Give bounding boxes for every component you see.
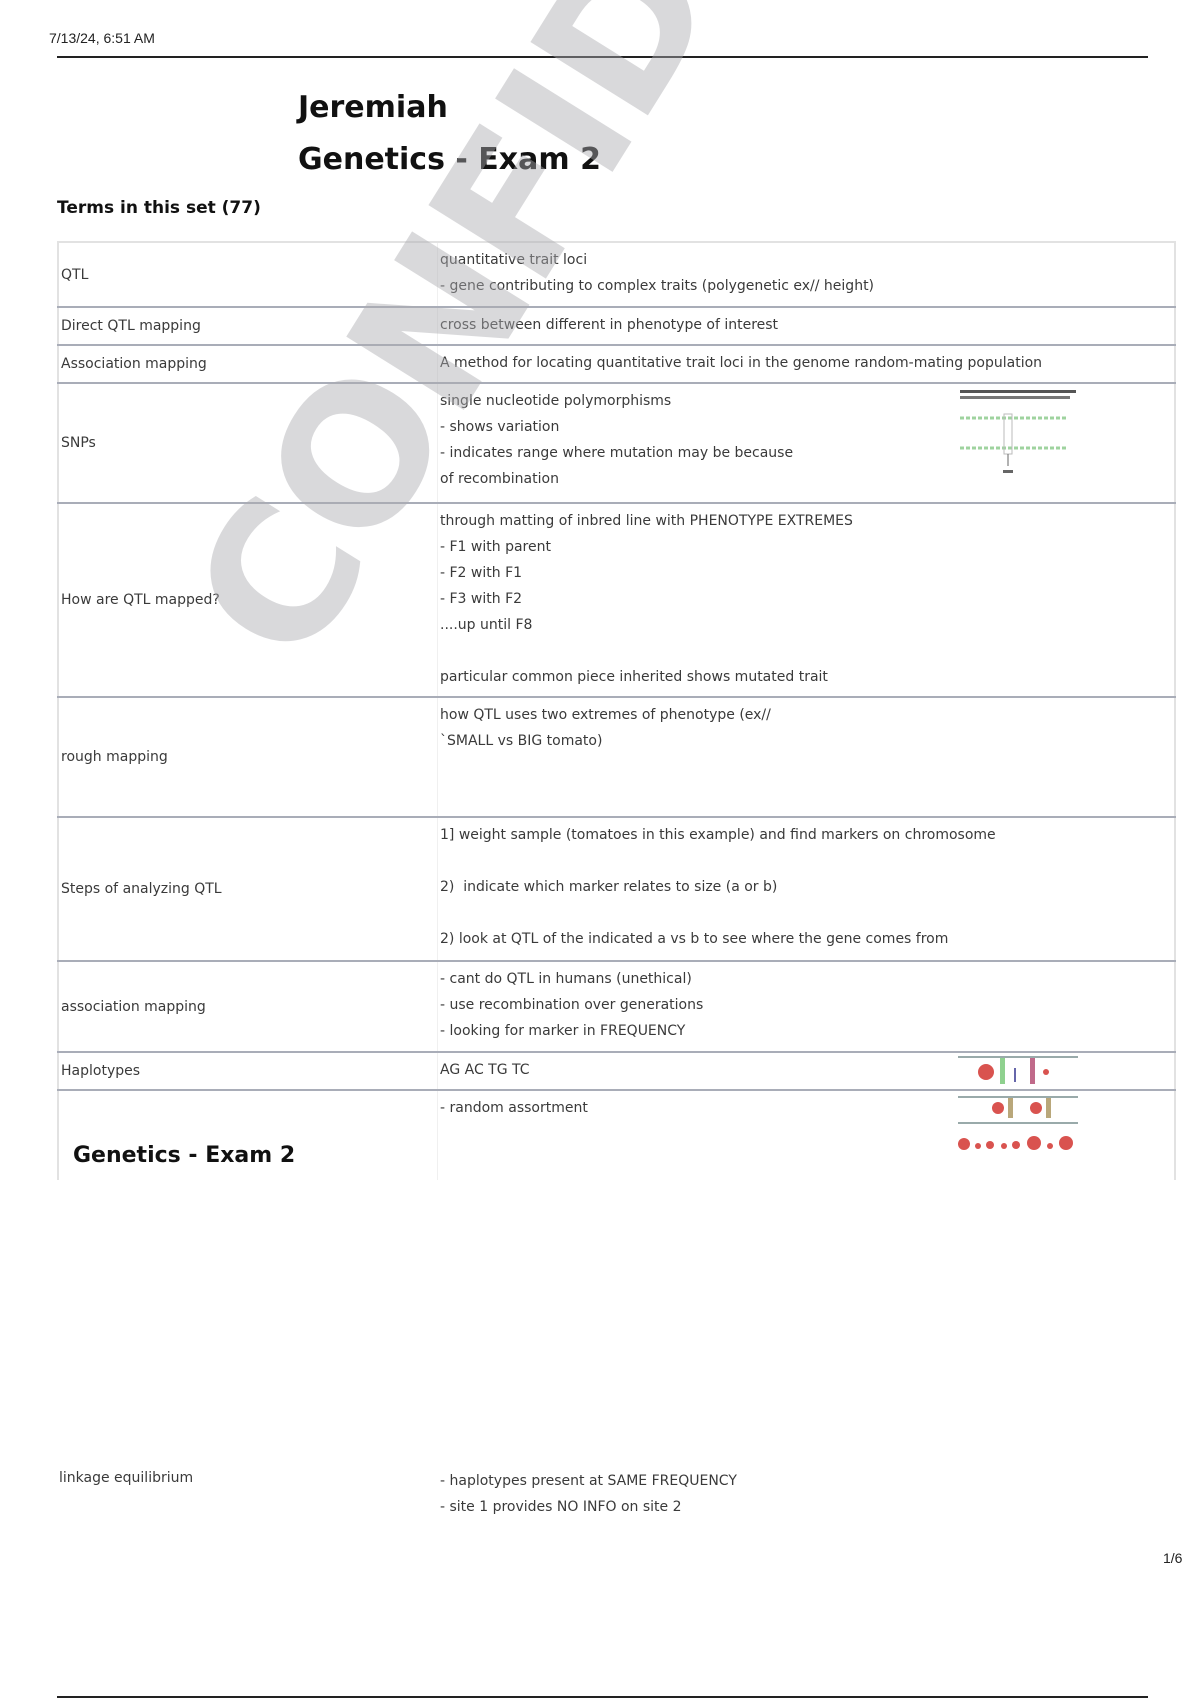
flashcard-row: Steps of analyzing QTL1] weight sample (… [58, 817, 1175, 961]
definition-line: 2) indicate which marker relates to size… [440, 874, 1174, 900]
definition-line: - site 1 provides NO INFO on site 2 [440, 1494, 737, 1520]
definition-line: through matting of inbred line with PHEN… [440, 508, 1174, 534]
card-definition: - cant do QTL in humans (unethical)- use… [438, 961, 1176, 1052]
card-term: Haplotypes [58, 1052, 438, 1090]
definition-line [440, 638, 1174, 664]
card-term: Association mapping [58, 345, 438, 383]
card-term: linkage equilibrium [59, 1470, 193, 1486]
card-term: Direct QTL mapping [58, 307, 438, 345]
definition-line: - cant do QTL in humans (unethical) [440, 966, 1174, 992]
flashcard-row: Direct QTL mappingcross between differen… [58, 307, 1175, 345]
card-term: Steps of analyzing QTL [58, 817, 438, 961]
definition-line: - haplotypes present at SAME FREQUENCY [440, 1468, 737, 1494]
definition-line: quantitative trait loci [440, 247, 1174, 273]
print-timestamp: 7/13/24, 6:51 AM [49, 30, 155, 46]
card-definition: how QTL uses two extremes of phenotype (… [438, 697, 1176, 817]
definition-line: ....up until F8 [440, 612, 1174, 638]
definition-line: - use recombination over generations [440, 992, 1174, 1018]
flashcard-row: - random assortment [58, 1090, 1175, 1185]
definition-line: - F3 with F2 [440, 586, 1174, 612]
footer-rule [57, 1696, 1148, 1698]
definition-line: - looking for marker in FREQUENCY [440, 1018, 1174, 1044]
flashcard-row: rough mappinghow QTL uses two extremes o… [58, 697, 1175, 817]
terms-count-heading: Terms in this set (77) [57, 198, 261, 218]
flashcard-row: SNPssingle nucleotide polymorphisms- sho… [58, 383, 1175, 503]
flashcard-row: association mapping- cant do QTL in huma… [58, 961, 1175, 1052]
card-definition: quantitative trait loci- gene contributi… [438, 242, 1176, 307]
definition-line: 1] weight sample (tomatoes in this examp… [440, 822, 1174, 848]
definition-line: cross between different in phenotype of … [440, 312, 1174, 338]
definition-line: - gene contributing to complex traits (p… [440, 273, 1174, 299]
definition-line [440, 900, 1174, 926]
card-term: rough mapping [58, 697, 438, 817]
card-term: How are QTL mapped? [58, 503, 438, 697]
definition-line: 2) look at QTL of the indicated a vs b t… [440, 926, 1174, 952]
page-break-mask [55, 1180, 1180, 1210]
definition-line: - F2 with F1 [440, 560, 1174, 586]
page-number: 1/6 [1163, 1550, 1182, 1566]
card-definition: A method for locating quantitative trait… [438, 345, 1176, 383]
card-term [58, 1090, 438, 1185]
definition-line: `SMALL vs BIG tomato) [440, 728, 1174, 754]
flashcard-row: QTLquantitative trait loci- gene contrib… [58, 242, 1175, 307]
card-definition: - haplotypes present at SAME FREQUENCY -… [440, 1468, 737, 1520]
tomato-cross-diagram [958, 1051, 1078, 1161]
snp-sequence-diagram [958, 388, 1078, 488]
header-rule [57, 56, 1148, 58]
card-definition: single nucleotide polymorphisms- shows v… [438, 383, 1176, 503]
definition-line: how QTL uses two extremes of phenotype (… [440, 702, 1174, 728]
definition-line: A method for locating quantitative trait… [440, 350, 1174, 376]
card-term: association mapping [58, 961, 438, 1052]
card-definition: through matting of inbred line with PHEN… [438, 503, 1176, 697]
card-term: SNPs [58, 383, 438, 503]
definition-line [440, 848, 1174, 874]
definition-line: particular common piece inherited shows … [440, 664, 1174, 690]
set-title: Genetics - Exam 2 [298, 142, 601, 177]
flashcard-row: How are QTL mapped?through matting of in… [58, 503, 1175, 697]
footer-set-title: Genetics - Exam 2 [73, 1143, 295, 1168]
definition-line [440, 754, 1174, 780]
flashcard-table: QTLquantitative trait loci- gene contrib… [57, 241, 1176, 1185]
card-definition: 1] weight sample (tomatoes in this examp… [438, 817, 1176, 961]
card-term: QTL [58, 242, 438, 307]
set-author: Jeremiah [298, 90, 448, 125]
card-definition: - random assortment [438, 1090, 1176, 1185]
flashcard-row: Association mappingA method for locating… [58, 345, 1175, 383]
definition-line [440, 780, 1174, 806]
definition-line: - F1 with parent [440, 534, 1174, 560]
card-definition: cross between different in phenotype of … [438, 307, 1176, 345]
